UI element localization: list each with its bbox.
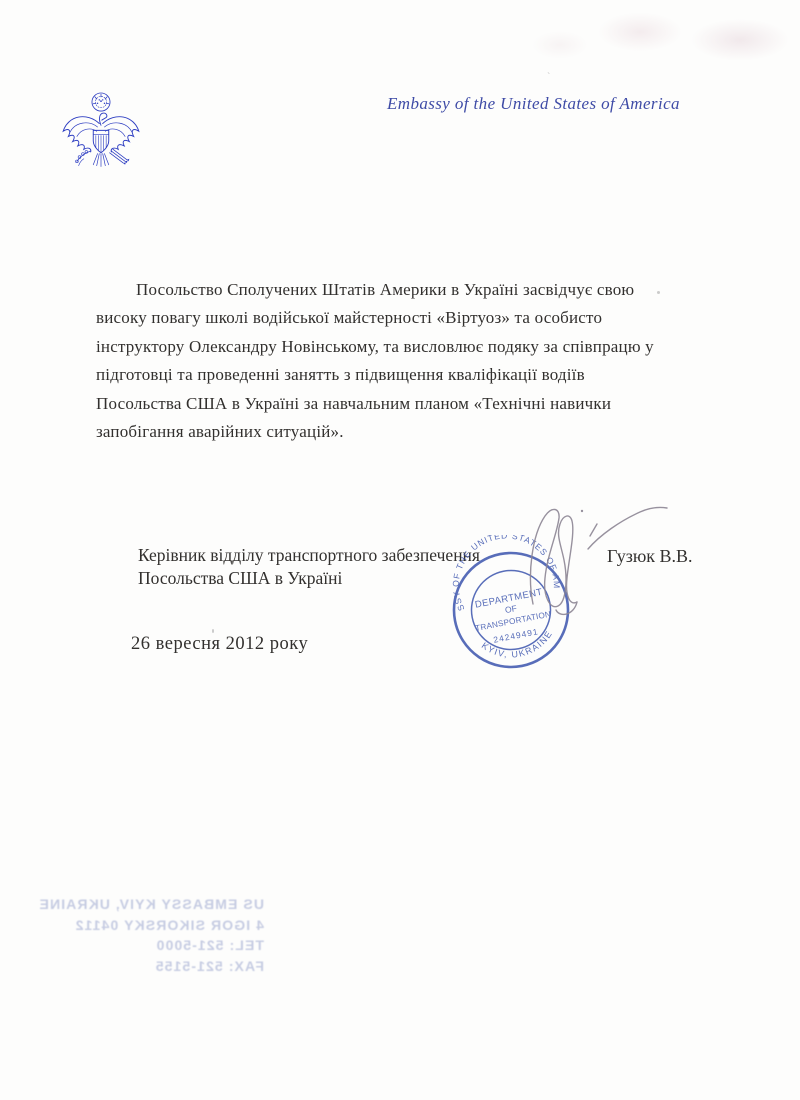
bleed-line-embassy: US EMBASSY KYIV, UKRAINE: [28, 894, 264, 915]
letterhead-title: Embassy of the United States of America: [387, 94, 687, 114]
bleed-through-address: US EMBASSY KYIV, UKRAINE 4 IGOR SIKORSKY…: [28, 894, 264, 976]
body-line: підготовці та проведенні занятть з підви…: [96, 365, 696, 393]
date-line: 26 вересня 2012 року: [131, 634, 308, 655]
signer-title-line2: Посольства США в Україні: [138, 567, 480, 590]
body-line: запобігання аварійних ситуацій».: [96, 422, 696, 450]
us-great-seal-icon: [58, 90, 144, 182]
signer-title-line1: Керівник відділу транспортного забезпече…: [138, 544, 480, 567]
bleed-line-tel: TEL: 521-5000: [28, 935, 264, 956]
body-line: Посольство Сполучених Штатів Америки в У…: [96, 280, 696, 308]
signature-ink: [500, 478, 715, 628]
stamp-number: 24249491: [493, 626, 540, 645]
scanned-letter-page: Embassy of the United States of America …: [0, 0, 800, 1100]
body-line: інструктору Олександру Новінському, та в…: [96, 337, 696, 365]
bleed-line-street: 4 IGOR SIKORSKY 04112: [28, 915, 264, 936]
scan-speck: [212, 629, 214, 633]
signature-title-block: Керівник відділу транспортного забезпече…: [138, 544, 480, 590]
body-line: високу повагу школі водійської майстерно…: [96, 308, 696, 336]
body-line: Посольства США в Україні за навчальним п…: [96, 394, 696, 422]
bleed-line-fax: FAX: 521-5155: [28, 956, 264, 977]
letter-body: Посольство Сполучених Штатів Америки в У…: [96, 280, 696, 450]
scan-speck: `: [547, 72, 550, 83]
